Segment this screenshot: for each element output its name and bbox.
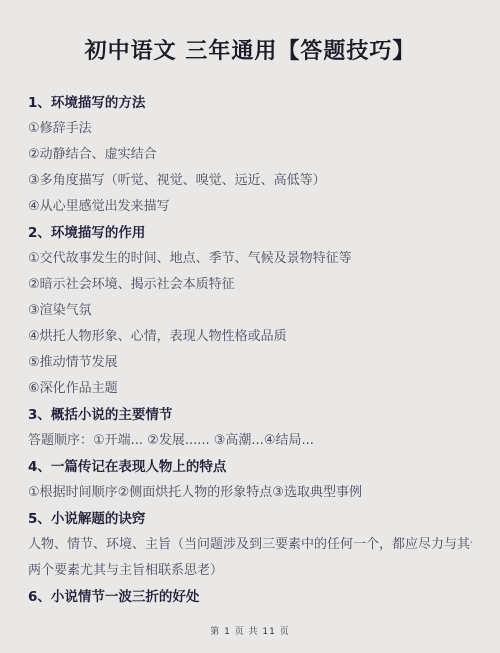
section-heading: 4、一篇传记在表现人物上的特点 (28, 454, 472, 480)
list-item: ①修辞手法 (28, 116, 472, 142)
list-item: ⑤推动情节发展 (28, 350, 472, 376)
list-item: 答题顺序：①开端... ②发展...... ③高潮...④结局... (28, 428, 472, 454)
section-heading: 6、小说情节一波三折的好处 (28, 584, 472, 610)
list-item: ②暗示社会环境、揭示社会本质特征 (28, 272, 472, 298)
document-page: 初中语文 三年通用【答题技巧】 1、环境描写的方法 ①修辞手法 ②动静结合、虚实… (0, 0, 500, 653)
section-heading: 2、环境描写的作用 (28, 220, 472, 246)
list-item: ④从心里感觉出发来描写 (28, 194, 472, 220)
list-item: 两个要素尤其与主旨相联系思老） (28, 558, 472, 584)
list-item: 人物、情节、环境、主旨（当问题涉及到三要素中的任何一个，都应尽力与其他 (28, 532, 472, 558)
list-item: ①根据时间顺序②侧面烘托人物的形象特点③选取典型事例 (28, 480, 472, 506)
document-content: 1、环境描写的方法 ①修辞手法 ②动静结合、虚实结合 ③多角度描写（听觉、视觉、… (0, 65, 500, 610)
list-item: ③多角度描写（听觉、视觉、嗅觉、远近、高低等） (28, 168, 472, 194)
section-heading: 5、小说解题的诀窍 (28, 506, 472, 532)
list-item: ⑥深化作品主题 (28, 376, 472, 402)
section-heading: 1、环境描写的方法 (28, 90, 472, 116)
section-heading: 3、概括小说的主要情节 (28, 402, 472, 428)
list-item: ②动静结合、虚实结合 (28, 142, 472, 168)
list-item: ①交代故事发生的时间、地点、季节、气候及景物特征等 (28, 246, 472, 272)
list-item: ④烘托人物形象、心情，表现人物性格或品质 (28, 324, 472, 350)
page-title: 初中语文 三年通用【答题技巧】 (0, 0, 500, 65)
list-item: ③渲染气氛 (28, 298, 472, 324)
page-number: 第 1 页 共 11 页 (0, 624, 500, 637)
